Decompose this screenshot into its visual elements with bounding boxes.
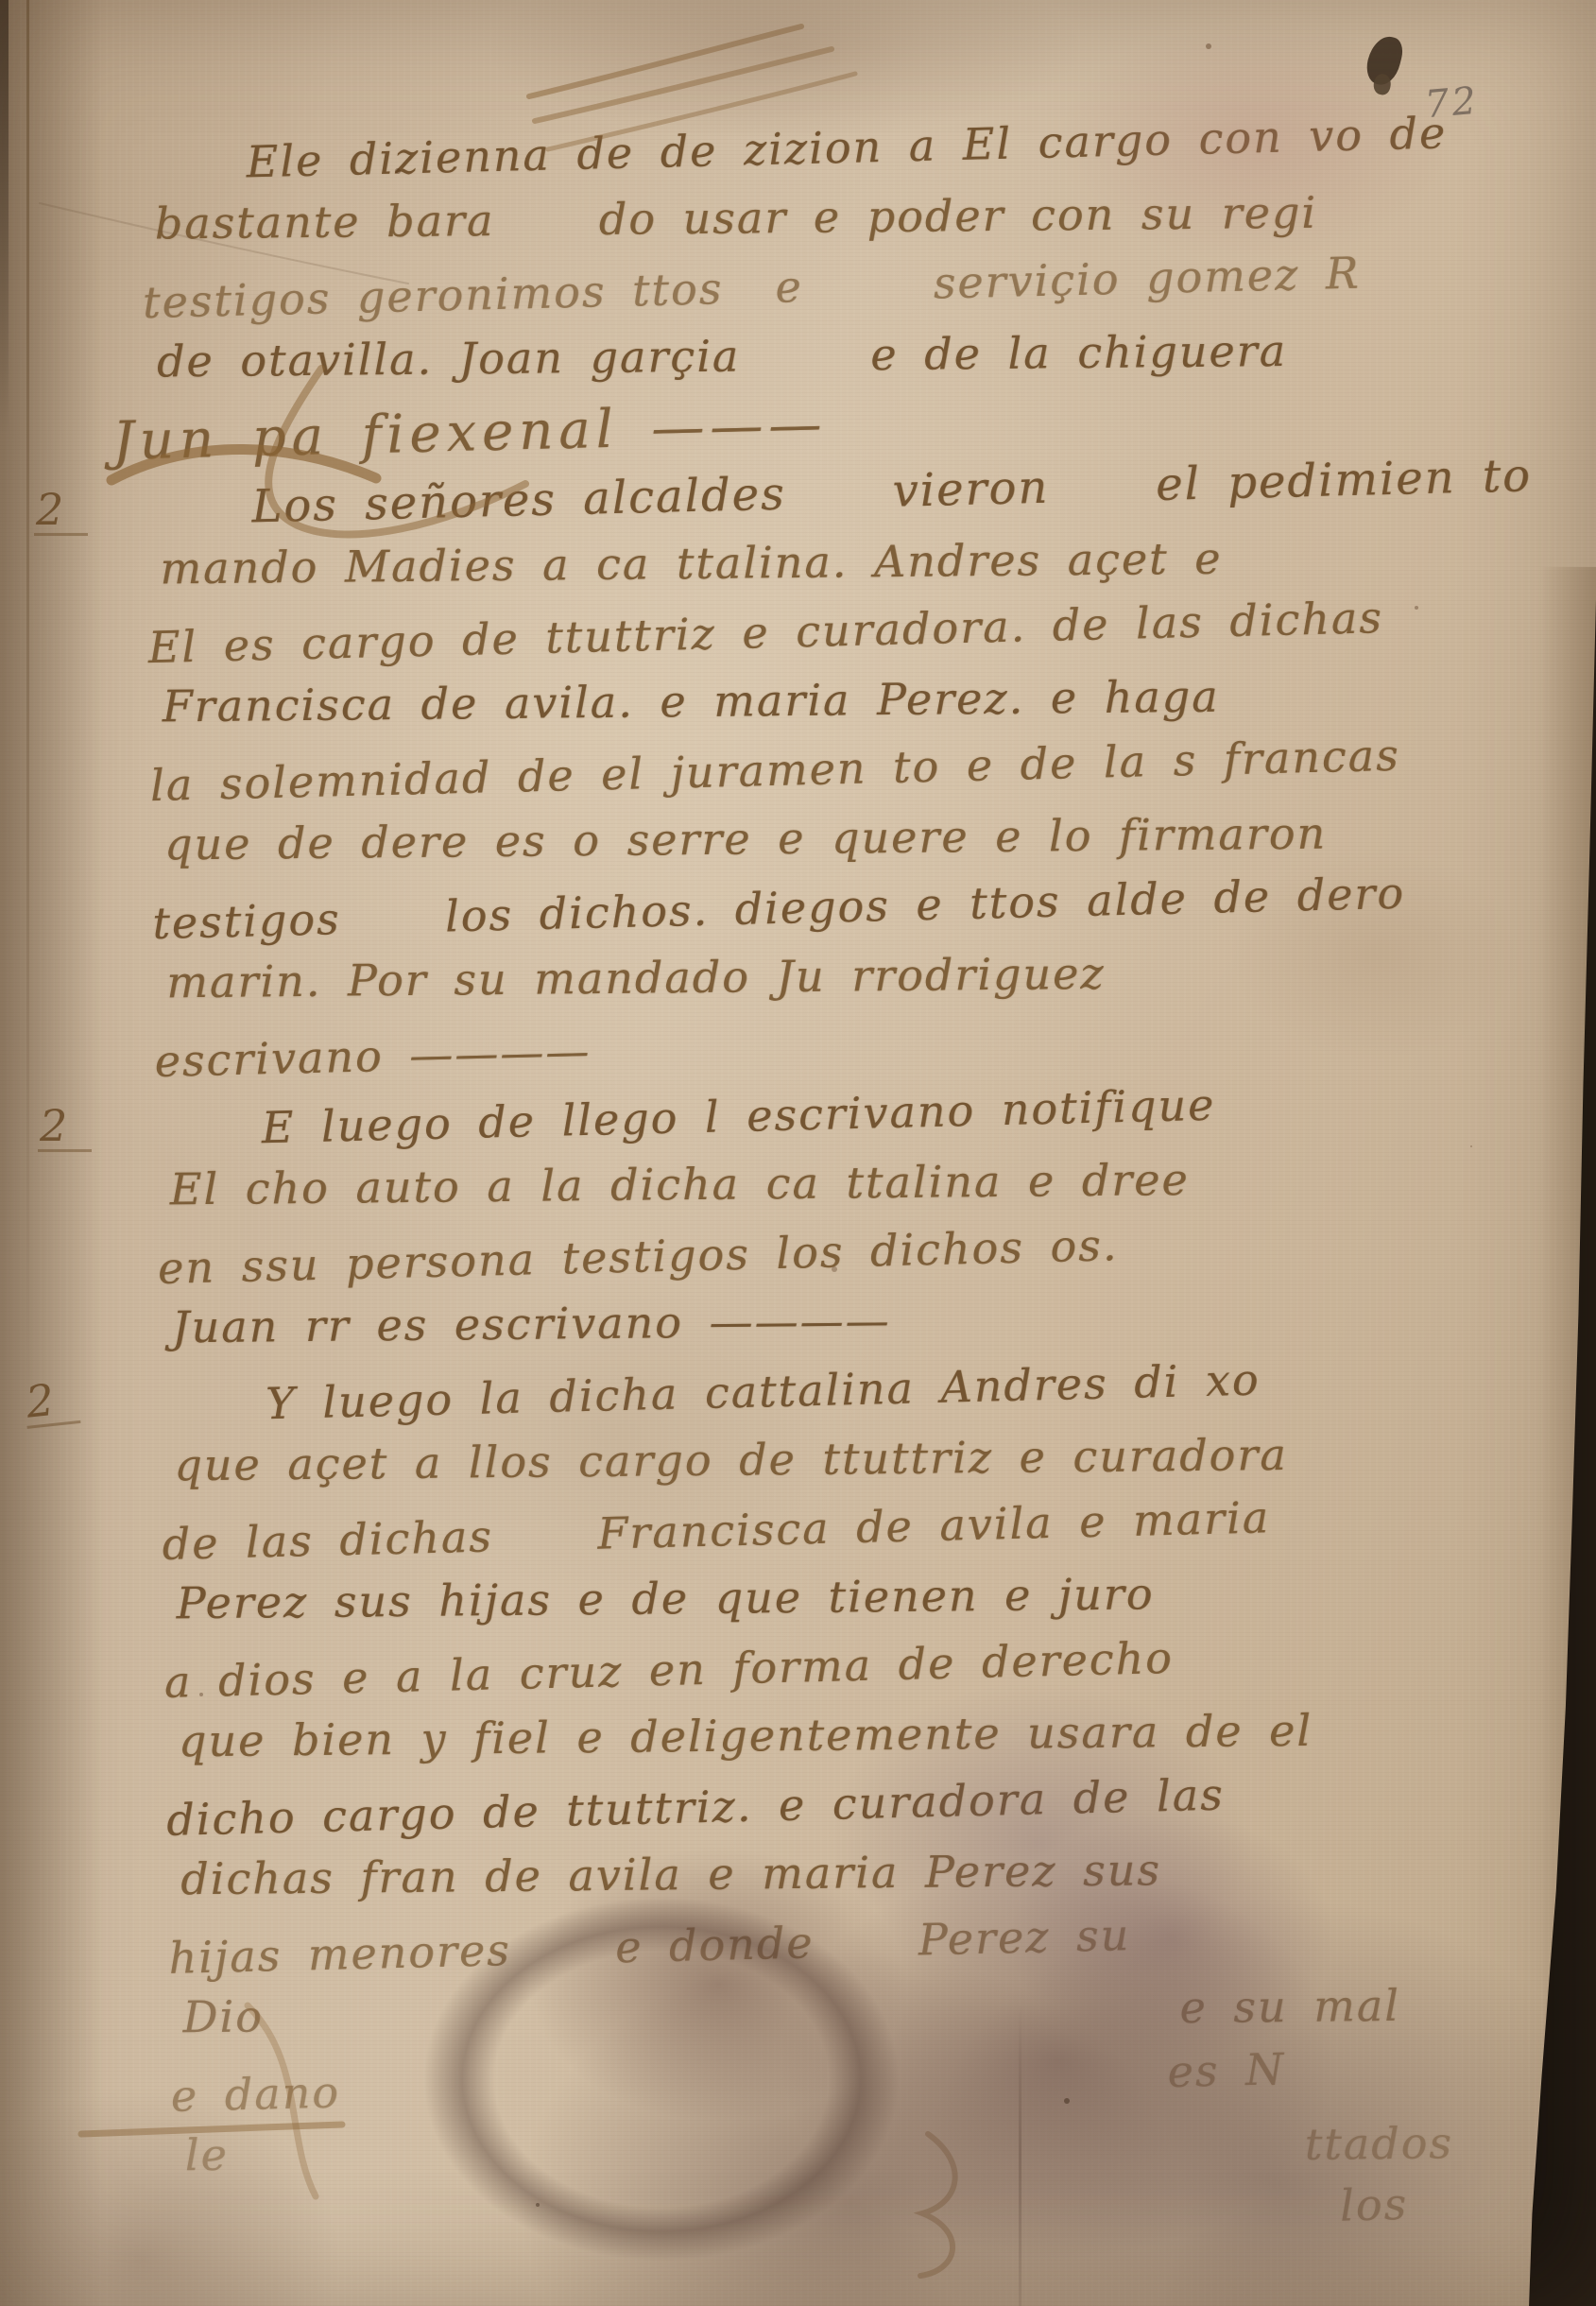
manuscript-line: lettados [184,2108,1505,2190]
manuscript-paragraph: Y luego la dicha cattalina Andres di xoq… [160,1346,1506,2194]
line-fragment: ttados [1304,2108,1453,2179]
bottom-crease [1019,2004,1021,2306]
binding-gutter-shadow [0,0,104,2306]
marginal-number: 2 [34,488,88,536]
marginal-number: 2 [38,1104,92,1152]
line-fragment: e su mal [1179,1971,1400,2042]
ink-blot [1363,33,1406,89]
foxing-specks [395,168,401,174]
pen-trial-stroke [529,26,801,96]
manuscript-page: Ele dizienna de de zizion a El cargo con… [0,0,1596,2306]
pen-trial-stroke [535,49,832,121]
previous-page-sliver [0,0,9,435]
folio-number: 72 [1423,79,1481,128]
manuscript-paragraph: Ele dizienna de de zizion a El cargo con… [140,104,1479,470]
manuscript-paragraph: E luego de llego l escrivano notifiqueEl… [155,1070,1492,1367]
manuscript-text: Ele dizienna de de zizion a El cargo con… [140,104,1505,2194]
line-fragment: es N [1167,2035,1286,2107]
manuscript-paragraph: Los señores alcaldes vieron el pedimien … [146,449,1488,1091]
marginal-number: 2 [22,1375,80,1429]
line-fragment: los [1339,2170,1409,2241]
page-edge-highlight [1539,567,1596,2306]
fold-crease [26,0,29,1437]
